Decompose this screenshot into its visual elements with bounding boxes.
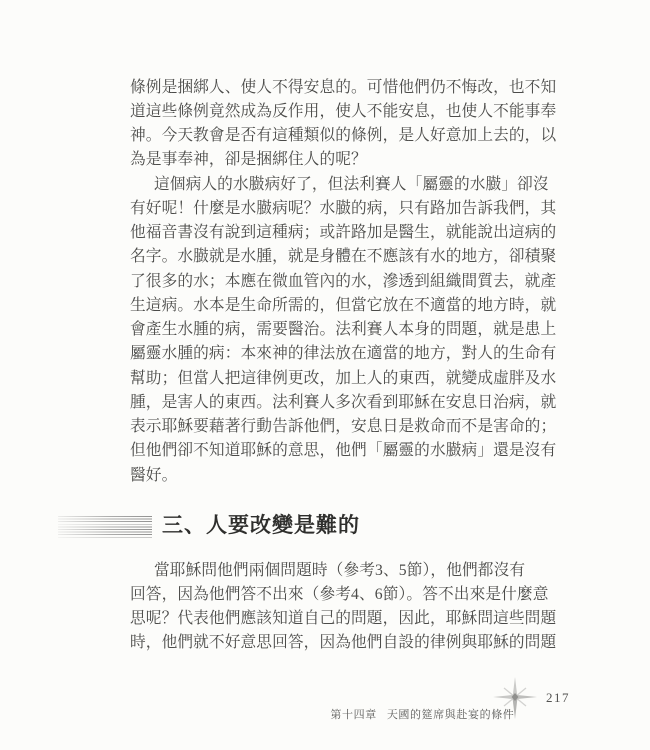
page-number: 217 [546,690,570,706]
speed-lines-decoration-icon [58,516,152,539]
sparkle-star-icon [491,676,539,720]
chapter-label: 第十四章 [330,709,376,721]
book-page: 條例是捆綁人、使人不得安息的。可惜他們仍不悔改，也不知 道這些條例竟然成為反作用… [0,0,650,750]
section-heading: 三、人要改變是難的 [162,509,360,539]
body-text-block: 條例是捆綁人、使人不得安息的。可惜他們仍不悔改，也不知 道這些條例竟然成為反作用… [130,76,566,488]
paragraph-1: 條例是捆綁人、使人不得安息的。可惜他們仍不悔改，也不知 道這些條例竟然成為反作用… [130,76,566,173]
section-heading-row: 三、人要改變是難的 [58,509,360,539]
running-footer: 第十四章天國的筵席與赴宴的條件 [317,694,514,734]
paragraph-2: 這個病人的水臌病好了，但法利賽人「屬靈的水臌」卻沒 有好呢！什麼是水臌病呢？水臌… [130,173,566,488]
paragraph-3: 當耶穌問他們兩個問題時（參考3、5節），他們都沒有 回答，因為他們答不出來（參考… [130,559,566,656]
